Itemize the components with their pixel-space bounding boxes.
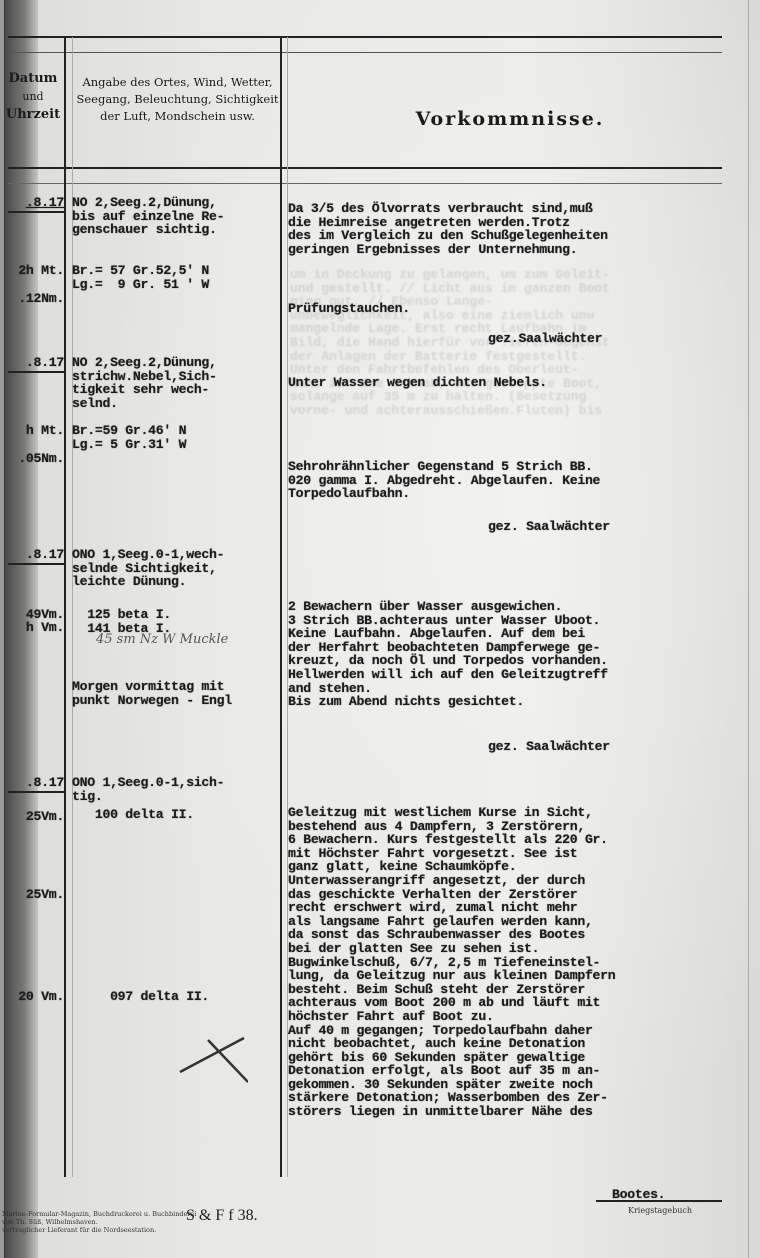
entry-date: .8.17 — [0, 196, 64, 210]
bleed-through-text: um in Deckung zu gelangen, um zum Geleit… — [290, 268, 610, 431]
entry-place-extra: Morgen vormittag mit punkt Norwegen - En… — [72, 680, 282, 707]
entry-time: 25Vm. — [0, 888, 64, 902]
entry-place: ONO 1,Seeg.0-1,sich- tig. — [72, 776, 282, 803]
header-place-line: der Luft, Mondschein usw. — [70, 108, 285, 125]
header-place-line: Angabe des Ortes, Wind, Wetter, — [70, 74, 285, 91]
entry-event-text: Da 3/5 des Ölvorrats verbraucht sind,muß… — [288, 202, 728, 256]
entry-event-text: 2 Bewachern über Wasser ausgewichen. 3 S… — [288, 600, 728, 709]
entry-date: .8.17 — [0, 548, 64, 562]
header-bottom-rule — [8, 167, 722, 169]
form-code: S & F f 38. — [186, 1207, 258, 1225]
entry-position: Br.= 57 Gr.52,5' N Lg.= 9 Gr. 51 ' W — [72, 264, 282, 291]
header-und: und — [0, 88, 66, 106]
entry-event-text: Prüfungstauchen. — [288, 302, 728, 316]
header-uhrzeit: Uhrzeit — [0, 106, 66, 124]
printer-imprint: Marine-Formular-Magazin, Buchdruckerei u… — [2, 1210, 196, 1234]
top-rule — [8, 36, 722, 38]
entry-time: 25Vm. — [0, 810, 64, 824]
date-underline — [8, 371, 64, 373]
signature: gez. Saalwächter — [488, 740, 610, 754]
cross-mark-icon — [178, 1030, 248, 1085]
entry-position: 100 delta II. — [72, 808, 282, 822]
signature: gez. Saalwächter — [488, 520, 610, 534]
entry-event-text: Sehrohrähnlicher Gegenstand 5 Strich BB.… — [288, 460, 728, 501]
entry-place: NO 2,Seeg.2,Dünung, strichw.Nebel,Sich- … — [72, 356, 282, 410]
header-bottom-rule-thin — [8, 183, 722, 184]
entry-date: .8.17 — [0, 356, 64, 370]
entry-date: .8.17 — [0, 776, 64, 790]
entry-position: Br.=59 Gr.46' N Lg.= 5 Gr.31' W — [72, 424, 282, 451]
date-underline — [8, 211, 64, 213]
handwritten-note: 45 sm Nz W Muckle — [96, 632, 228, 647]
entry-place: NO 2,Seeg.2,Dünung, bis auf einzelne Re-… — [72, 196, 282, 237]
right-margin-line — [748, 0, 749, 1258]
closing-rule — [596, 1200, 722, 1202]
entry-time: h Mt. — [0, 424, 64, 438]
header-place-conditions: Angabe des Ortes, Wind, Wetter, Seegang,… — [70, 74, 285, 125]
header-events: Vorkommnisse. — [290, 108, 730, 130]
entry-event-text: Unter Wasser wegen dichten Nebels. — [288, 376, 728, 390]
date-underline — [8, 791, 64, 793]
date-column-divider — [64, 37, 66, 1177]
entry-time: .05Nm. — [0, 452, 64, 466]
entry-time: h Vm. — [0, 621, 64, 635]
header-place-line: Seegang, Beleuchtung, Sichtigkeit — [70, 91, 285, 108]
entry-time: 20 Vm. — [0, 990, 64, 1004]
date-underline — [8, 563, 64, 565]
diary-page: um in Deckung zu gelangen, um zum Geleit… — [0, 0, 760, 1258]
entry-event-text: Geleitzug mit westlichem Kurse in Sicht,… — [288, 806, 728, 1119]
entry-position: 097 delta II. — [72, 990, 282, 1004]
top-rule-thin — [8, 52, 722, 53]
entry-time: 2h Mt. — [0, 264, 64, 278]
entry-time: 49Vm. — [0, 608, 64, 622]
signature: gez.Saalwächter — [488, 332, 602, 346]
entry-time: .12Nm. — [0, 292, 64, 306]
entry-place: ONO 1,Seeg.0-1,wech- selnde Sichtigkeit,… — [72, 548, 282, 589]
header-datum: Datum — [0, 70, 66, 88]
header-date-time: Datum und Uhrzeit — [0, 70, 66, 124]
form-name: Kriegstagebuch — [628, 1206, 692, 1215]
